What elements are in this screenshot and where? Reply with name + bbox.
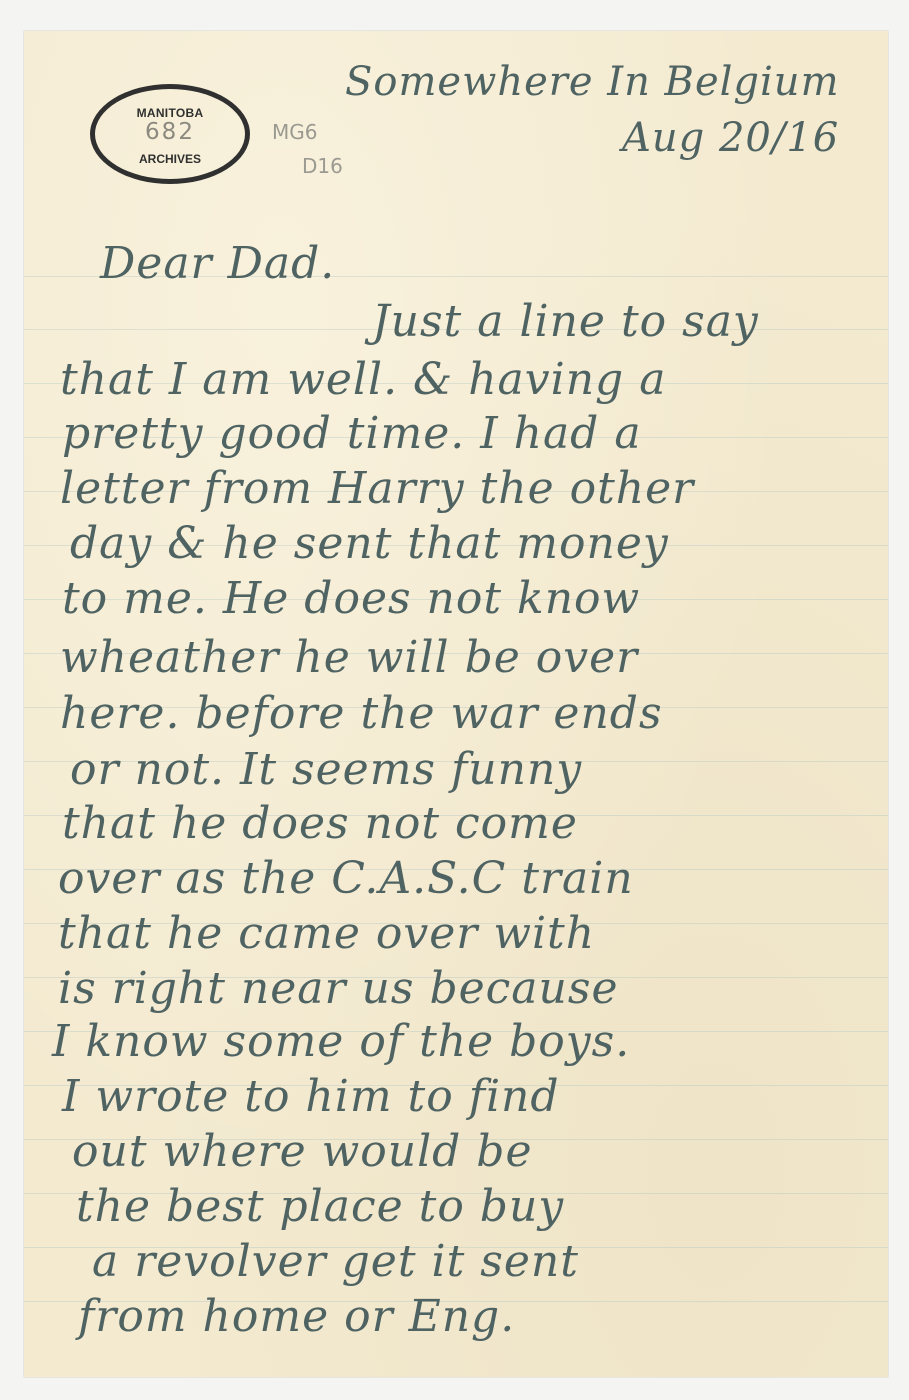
body-line: that he came over with [58,912,595,956]
body-line: to me. He does not know [62,577,640,621]
body-line: that I am well. & having a [60,358,666,402]
body-line: wheather he will be over [60,636,638,680]
body-line: out where would be [72,1130,533,1174]
body-line: I know some of the boys. [52,1020,630,1064]
salutation: Dear Dad. [100,242,335,286]
pencil-reference-line2: D16 [302,156,343,176]
body-line: a revolver get it sent [92,1240,579,1284]
body-line: Just a line to say [372,300,759,344]
heading-date: Aug 20/16 [622,118,839,158]
body-line: here. before the war ends [60,692,663,736]
body-line: letter from Harry the other [60,467,694,511]
body-line: day & he sent that money [70,522,669,566]
body-line: over as the C.A.S.C train [58,857,634,901]
body-line: or not. It seems funny [70,748,582,792]
stamp-number: 682 [95,119,245,145]
body-line: that he does not come [62,802,578,846]
body-line: is right near us because [58,967,619,1011]
pencil-reference-line1: MG6 [272,122,317,142]
body-line: the best place to buy [76,1185,564,1229]
body-line: I wrote to him to find [62,1075,560,1119]
body-line: pretty good time. I had a [62,412,642,456]
scanned-page: MANITOBA 682 ARCHIVES MG6 D16 Somewhere … [0,0,909,1400]
stamp-top-text: MANITOBA [95,106,245,120]
body-line: from home or Eng. [78,1295,515,1339]
stamp-bottom-text: ARCHIVES [95,152,245,166]
archives-stamp: MANITOBA 682 ARCHIVES [90,84,250,184]
heading-place: Somewhere In Belgium [345,62,840,102]
